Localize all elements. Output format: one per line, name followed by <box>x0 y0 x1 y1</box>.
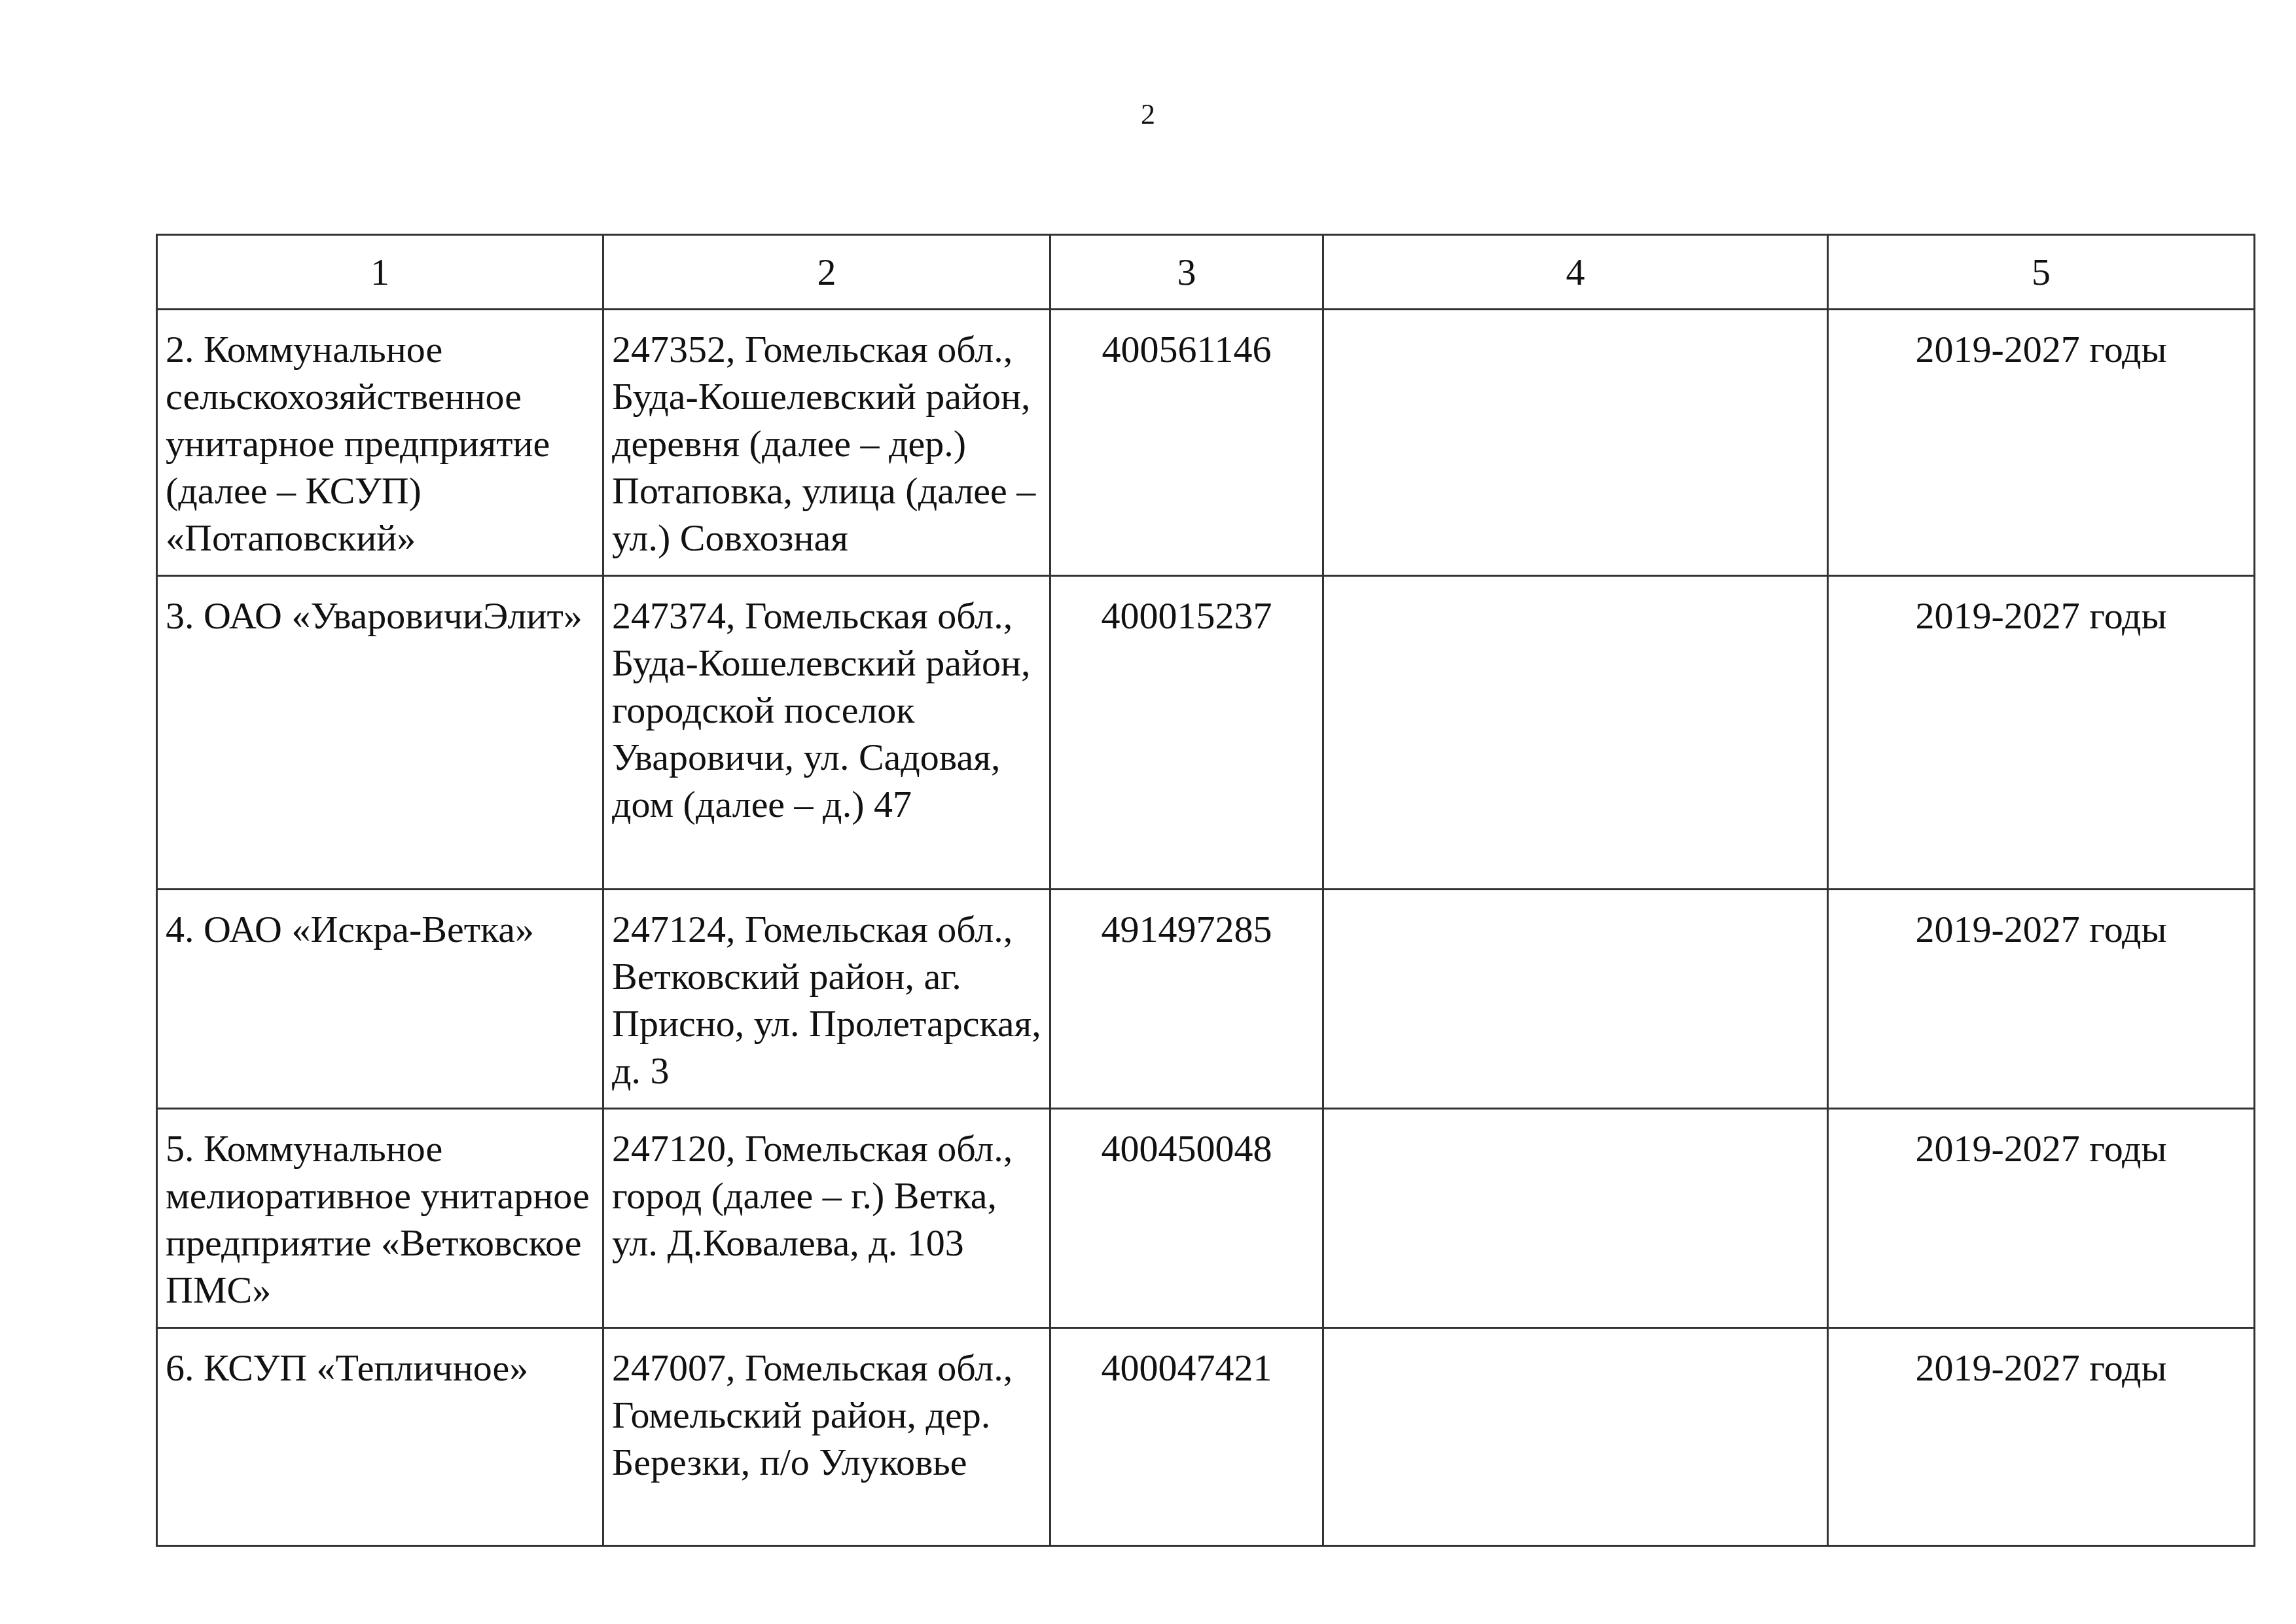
header-col-3: 3 <box>1050 235 1323 310</box>
enterprise-name: 3. ОАО «УваровичиЭлит» <box>157 576 603 890</box>
enterprise-code: 400450048 <box>1050 1109 1323 1328</box>
enterprise-address: 247352, Гомельская обл., Буда-Кошелевски… <box>603 310 1050 576</box>
enterprise-name: 6. КСУП «Тепличное» <box>157 1328 603 1546</box>
enterprise-code: 400561146 <box>1050 310 1323 576</box>
header-col-5: 5 <box>1828 235 2255 310</box>
table-row: 6. КСУП «Тепличное» 247007, Гомельская о… <box>157 1328 2255 1546</box>
col4-cell <box>1323 310 1828 576</box>
enterprise-code: 400047421 <box>1050 1328 1323 1546</box>
table-row: 5. Коммунальное мелиоративное унитарное … <box>157 1109 2255 1328</box>
col4-cell <box>1323 576 1828 890</box>
table-row: 4. ОАО «Искра-Ветка» 247124, Гомельская … <box>157 890 2255 1109</box>
table-row: 3. ОАО «УваровичиЭлит» 247374, Гомельска… <box>157 576 2255 890</box>
enterprise-name: 4. ОАО «Искра-Ветка» <box>157 890 603 1109</box>
period-cell: 2019-2027 годы <box>1828 310 2255 576</box>
period-cell: 2019-2027 годы <box>1828 1328 2255 1546</box>
enterprise-table: 1 2 3 4 5 2. Коммунальное сельскохозяйст… <box>156 234 2255 1547</box>
enterprise-name: 5. Коммунальное мелиоративное унитарное … <box>157 1109 603 1328</box>
header-col-2: 2 <box>603 235 1050 310</box>
period-cell: 2019-2027 годы <box>1828 576 2255 890</box>
header-col-1: 1 <box>157 235 603 310</box>
col4-cell <box>1323 1109 1828 1328</box>
page-number: 2 <box>0 95 2296 134</box>
enterprise-address: 247120, Гомельская обл., город (далее – … <box>603 1109 1050 1328</box>
period-cell: 2019-2027 годы <box>1828 890 2255 1109</box>
enterprise-name: 2. Коммунальное сельскохозяйственное уни… <box>157 310 603 576</box>
table-row: 2. Коммунальное сельскохозяйственное уни… <box>157 310 2255 576</box>
header-col-4: 4 <box>1323 235 1828 310</box>
enterprise-code: 400015237 <box>1050 576 1323 890</box>
enterprise-code: 491497285 <box>1050 890 1323 1109</box>
table-header-row: 1 2 3 4 5 <box>157 235 2255 310</box>
enterprise-address: 247007, Гомельская обл., Гомельский райо… <box>603 1328 1050 1546</box>
col4-cell <box>1323 1328 1828 1546</box>
enterprise-address: 247374, Гомельская обл., Буда-Кошелевски… <box>603 576 1050 890</box>
col4-cell <box>1323 890 1828 1109</box>
period-cell: 2019-2027 годы <box>1828 1109 2255 1328</box>
enterprise-address: 247124, Гомельская обл., Ветковский райо… <box>603 890 1050 1109</box>
